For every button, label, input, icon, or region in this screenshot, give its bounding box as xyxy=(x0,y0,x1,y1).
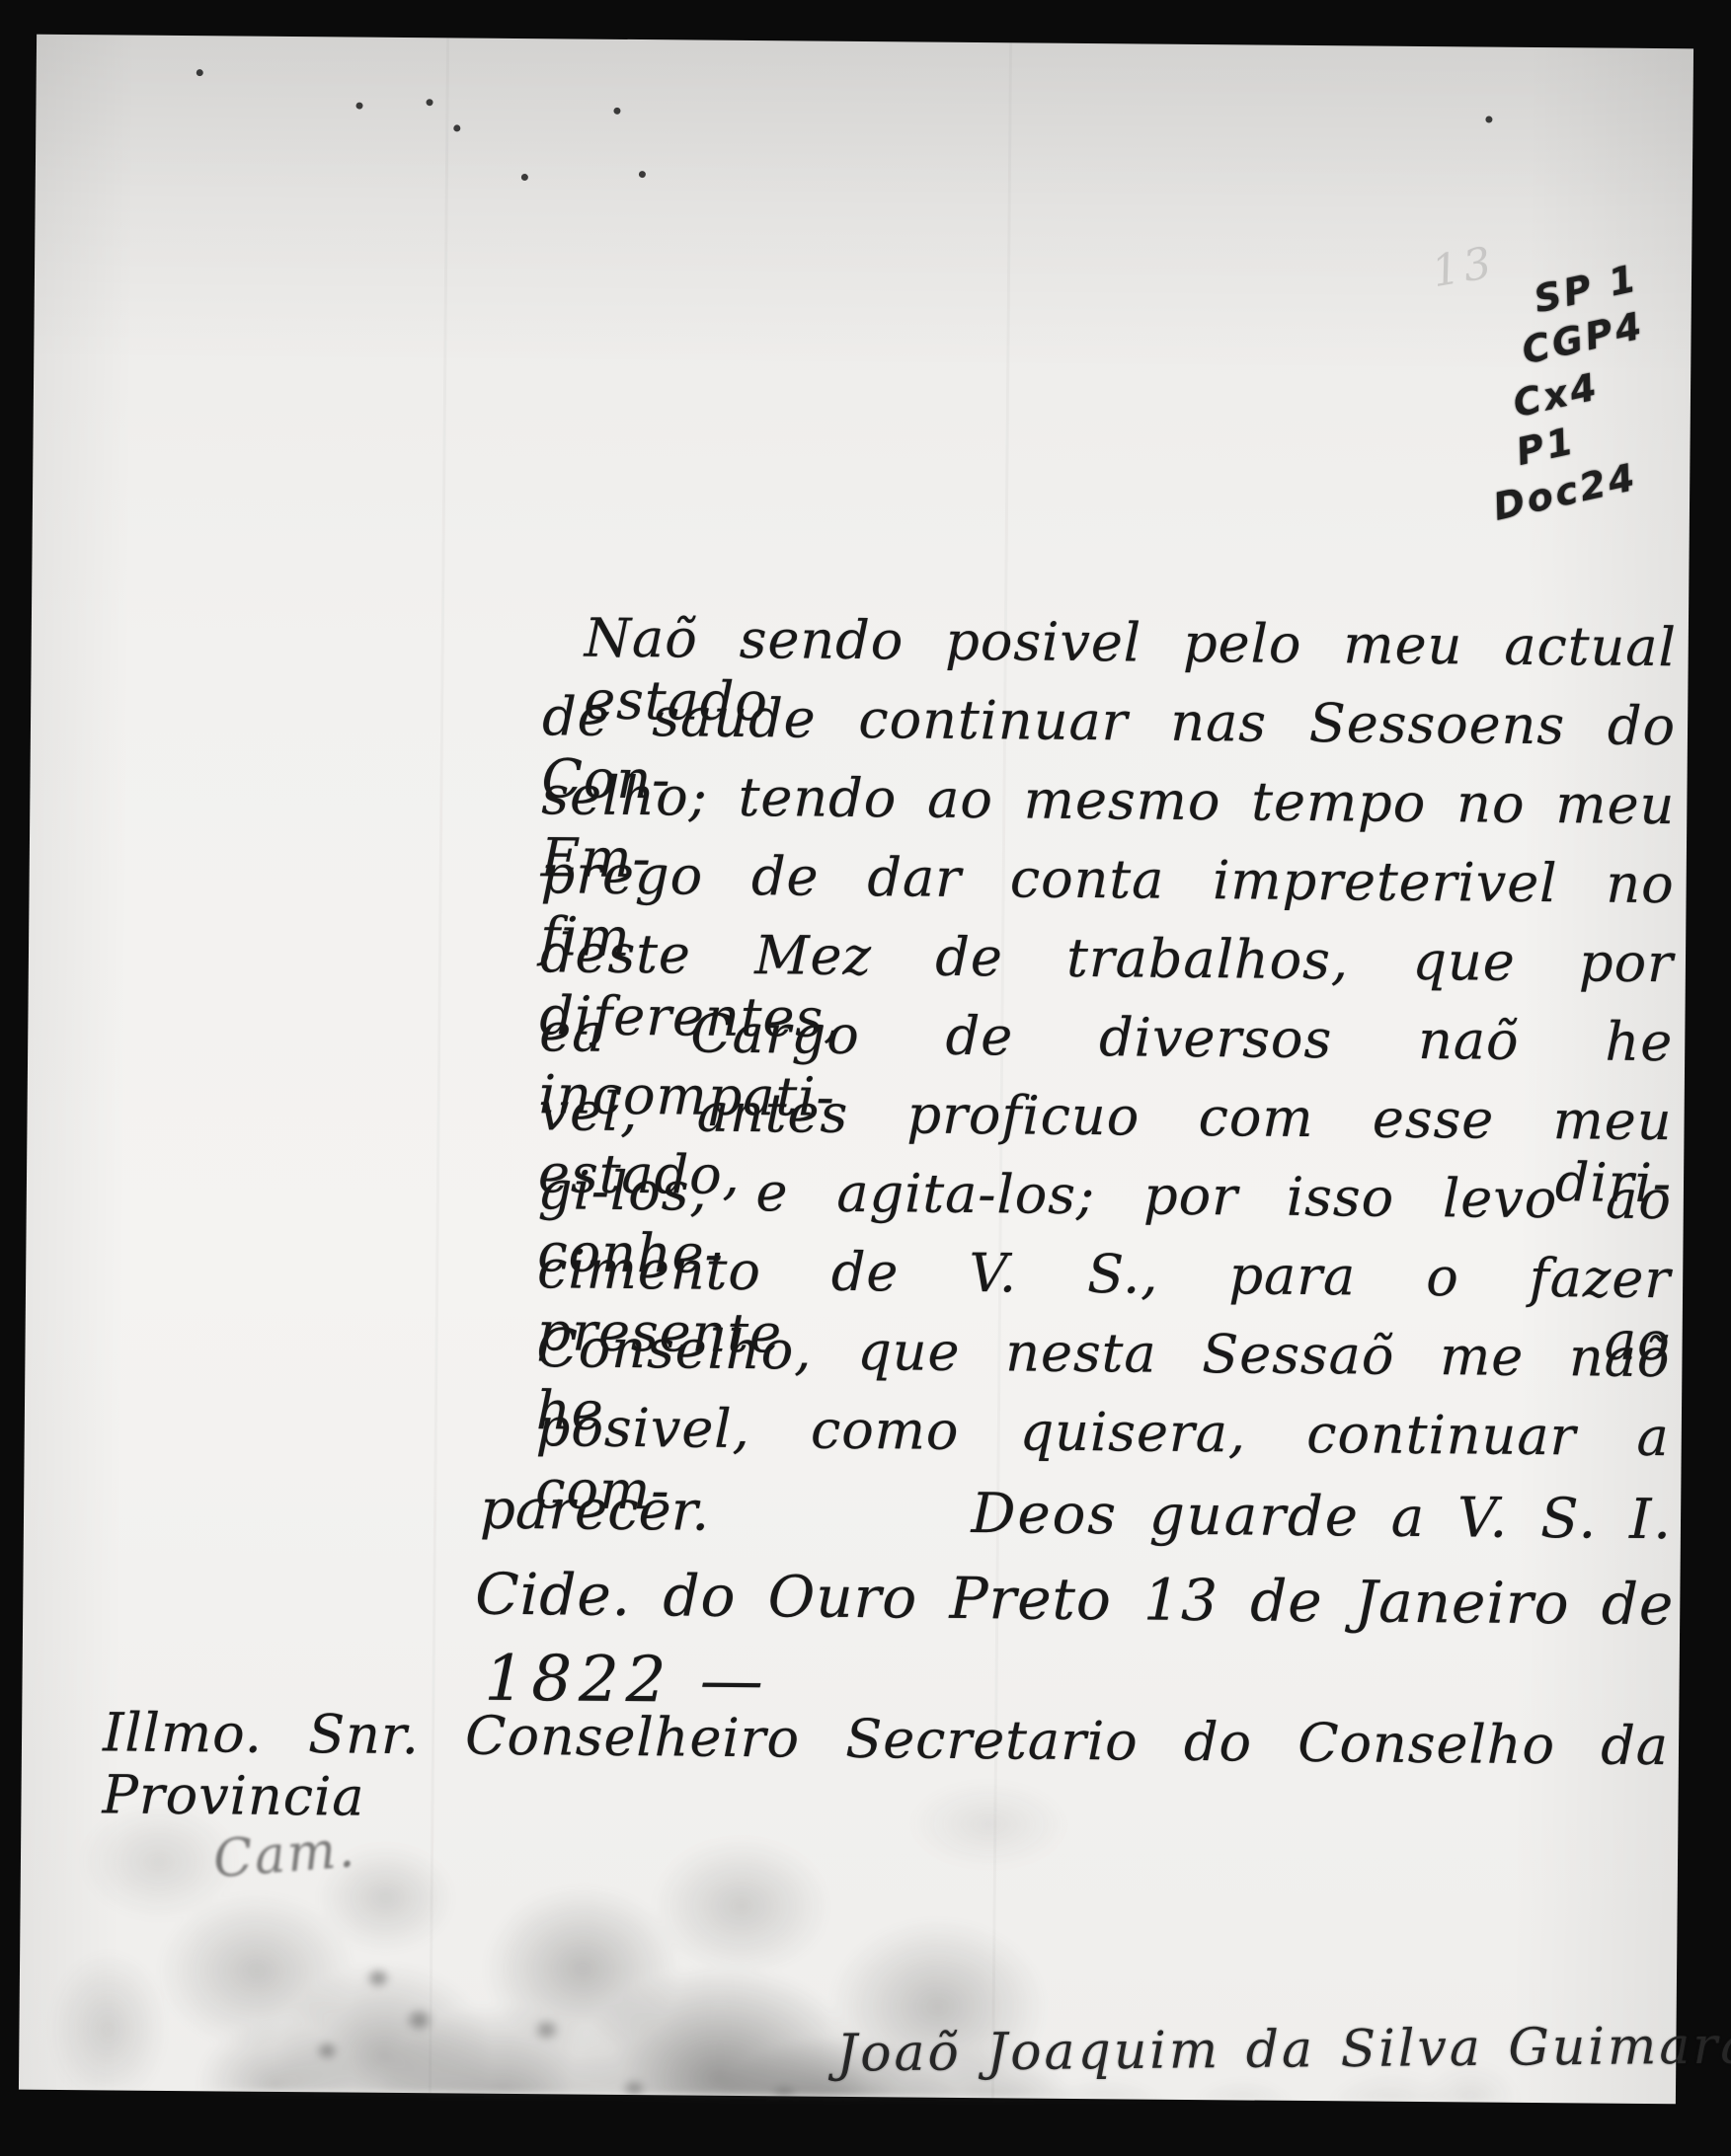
pinhole-dot xyxy=(453,124,460,131)
letter-salutation: Deos guarde a V. S. I. xyxy=(971,1482,1673,1552)
signature: Joaõ Joaquim da Silva Guimaraes xyxy=(836,2016,1731,2084)
pinhole-dot xyxy=(613,108,620,115)
letter-addressee: Illmo. Snr. Conselheiro Secretario do Co… xyxy=(102,1701,1669,1839)
letter-dateline: Cide. do Ouro Preto 13 de Janeiro de xyxy=(475,1561,1675,1639)
archival-mark-p: P1 xyxy=(1512,419,1579,474)
scan-background: SP 1 CGP4 Cx4 P1 Doc24 13 Naõ sendo posi… xyxy=(0,0,1731,2156)
archival-mark-cx: Cx4 xyxy=(1509,364,1603,425)
letter-closing-word: parecer. xyxy=(480,1478,710,1544)
document-page: SP 1 CGP4 Cx4 P1 Doc24 13 Naõ sendo posi… xyxy=(19,35,1693,2105)
archival-mark-doc: Doc24 xyxy=(1489,455,1641,529)
pinhole-dot xyxy=(355,103,362,110)
letter-closing-row: parecer. Deos guarde a V. S. I. xyxy=(480,1478,1674,1553)
pencil-number-note: 13 xyxy=(1428,237,1499,297)
pinhole-dot xyxy=(197,69,203,76)
pinhole-dot xyxy=(1485,116,1492,123)
pinhole-dot xyxy=(521,174,528,181)
pinhole-dot xyxy=(426,99,433,106)
pinhole-dot xyxy=(639,171,646,178)
smudged-annotation: Cam. xyxy=(211,1819,358,1889)
